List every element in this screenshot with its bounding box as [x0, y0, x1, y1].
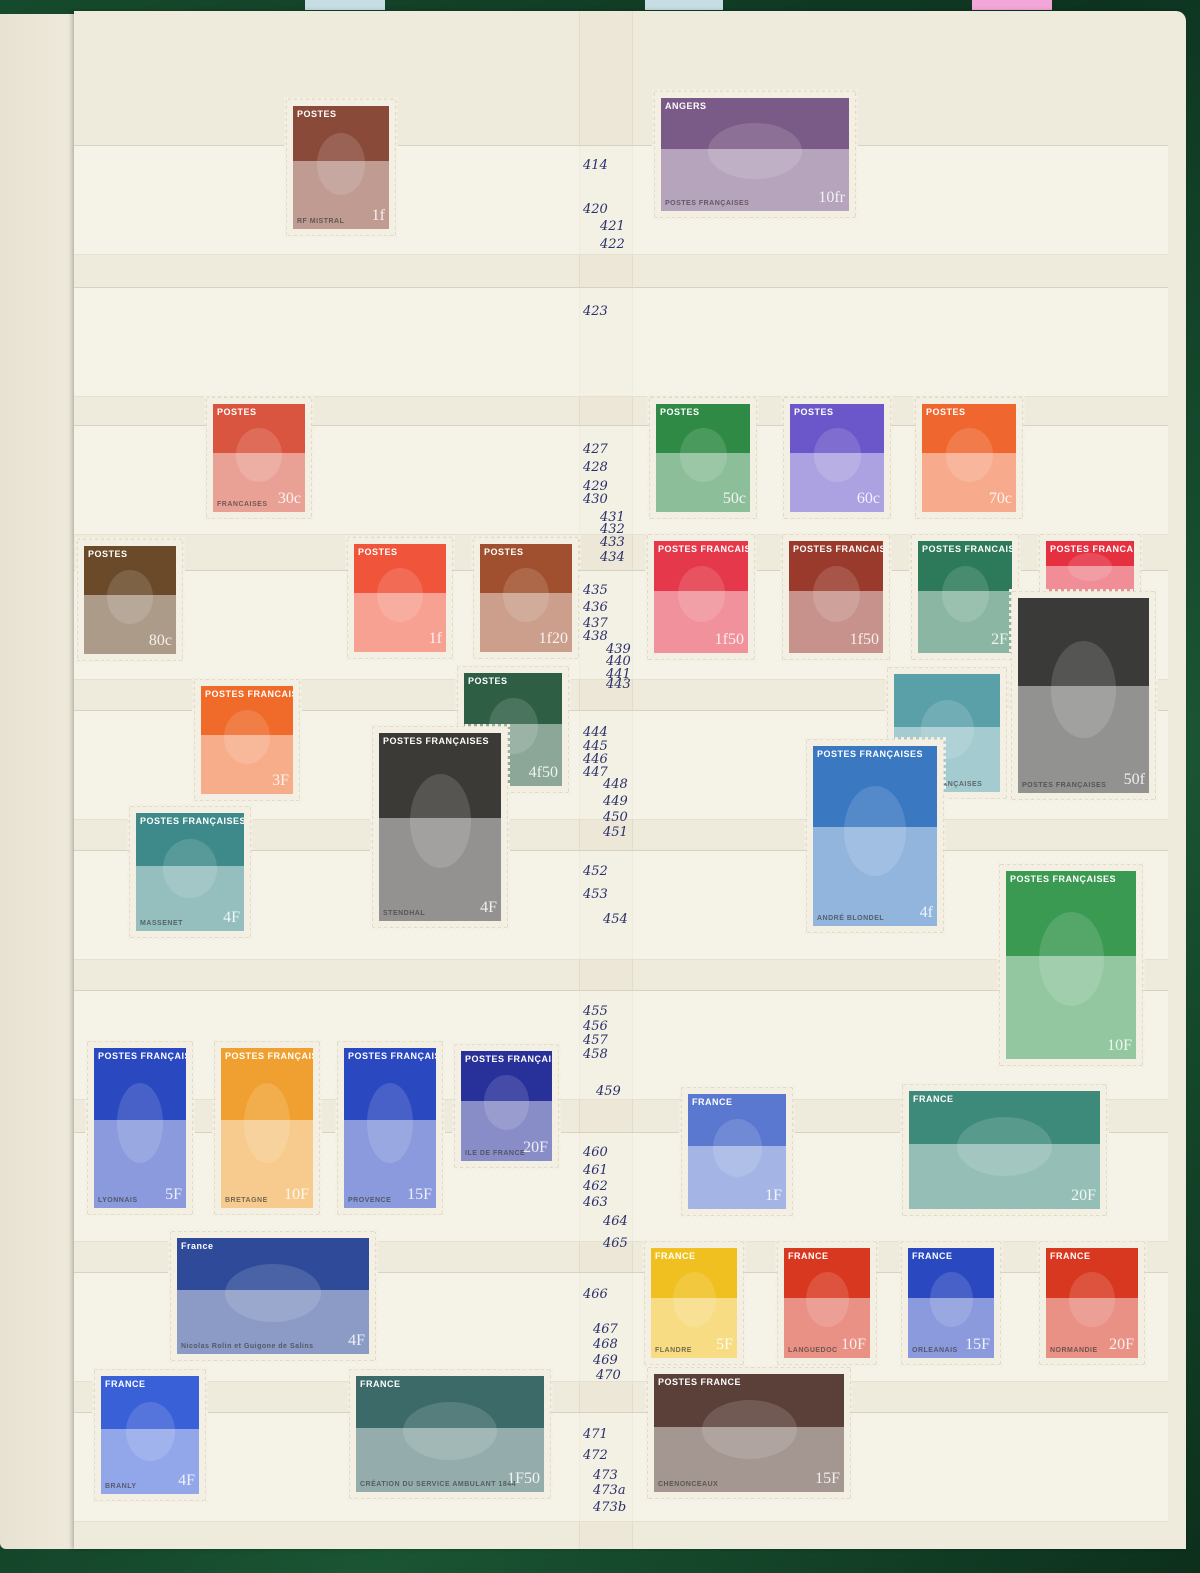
stamp-value: 20F: [1071, 1187, 1096, 1205]
stamp-petain-50c[interactable]: POSTES50c: [650, 398, 756, 518]
stamp-design: POSTES FRANÇAISES4fANDRÉ BLONDEL: [813, 746, 937, 926]
stamp-caption: LYONNAIS: [98, 1197, 138, 1204]
stamp-design: POSTES FRANÇAISES10F: [1006, 871, 1136, 1059]
stamp-top-text: POSTES FRANCAISES: [1050, 544, 1134, 554]
stamp-hospices-beaune[interactable]: France4FNicolas Rolin et Guigone de Sali…: [171, 1232, 375, 1360]
stamp-arms-languedoc[interactable]: FRANCE10FLANGUEDOC: [778, 1242, 876, 1364]
catalogue-number: 448: [603, 777, 628, 792]
stamp-design: POSTES1fRF MISTRAL: [293, 106, 389, 229]
stamp-design: POSTES FRANÇAISES5FLYONNAIS: [94, 1048, 186, 1208]
stamp-design: POSTES FRANCAISES2F: [918, 541, 1012, 653]
stamp-design: POSTES FRANCE15FCHENONCEAUX: [654, 1374, 844, 1492]
stamp-stendhal[interactable]: POSTES FRANÇAISES4FSTENDHAL: [373, 727, 507, 927]
catalogue-number: 421: [600, 219, 625, 234]
stockbook-page: 4144204214224234274284294304314324334344…: [74, 11, 1186, 1549]
catalogue-number: 467: [593, 1322, 618, 1337]
stamp-caption: BRETAGNE: [225, 1197, 268, 1204]
stamp-value: 4f50: [529, 764, 558, 782]
stamp-top-text: POSTES FRANCAISES: [922, 544, 1012, 554]
stamp-arms-bretagne[interactable]: POSTES FRANÇAISES10FBRETAGNE: [215, 1042, 319, 1214]
stamp-branly[interactable]: FRANCE4FBRANLY: [95, 1370, 205, 1500]
stamp-caption: PROVENCE: [348, 1197, 391, 1204]
catalogue-number: 454: [603, 912, 628, 927]
catalogue-number: 473b: [593, 1500, 626, 1515]
catalogue-number: 465: [603, 1236, 628, 1251]
catalogue-number: 435: [583, 583, 608, 598]
stamp-design: POSTES1f: [354, 544, 446, 652]
stamp-petain-2f[interactable]: POSTES FRANCAISES2F: [912, 535, 1018, 659]
stamp-arms-orleanais[interactable]: FRANCE15FORLEANAIS: [902, 1242, 1000, 1364]
stamp-top-text: POSTES: [660, 407, 700, 417]
stamp-value: 4F: [223, 909, 240, 927]
stamp-value: 30c: [278, 490, 301, 508]
catalogue-number: 450: [603, 810, 628, 825]
catalogue-number: 457: [583, 1033, 608, 1048]
stamp-top-text: POSTES FRANÇAISES: [225, 1051, 313, 1061]
stamp-top-text: POSTES FRANCAISES: [658, 544, 748, 554]
stamp-caption: CRÉATION DU SERVICE AMBULANT 1844: [360, 1481, 516, 1488]
stamp-value: 1f: [429, 630, 442, 648]
stamp-design: FRANCE1F: [688, 1094, 786, 1209]
stamp-value: 4F: [480, 899, 497, 917]
stamp-value: 15F: [965, 1336, 990, 1354]
stamp-caption: CHENONCEAUX: [658, 1481, 718, 1488]
stamp-top-text: FRANCE: [105, 1379, 146, 1389]
catalogue-number: 449: [603, 794, 628, 809]
stamp-chenonceaux[interactable]: POSTES FRANCE15FCHENONCEAUX: [648, 1368, 850, 1498]
catalogue-number: 471: [583, 1427, 608, 1442]
stamp-top-text: POSTES: [297, 109, 337, 119]
stamp-value: 60c: [857, 490, 880, 508]
stamp-caption: ANDRÉ BLONDEL: [817, 915, 884, 922]
stamp-value: 50c: [723, 490, 746, 508]
catalogue-number: 420: [583, 202, 608, 217]
stamp-design: FRANCE10FLANGUEDOC: [784, 1248, 870, 1358]
catalogue-number: 438: [583, 629, 608, 644]
stamp-arms-provence[interactable]: POSTES FRANÇAISES15FPROVENCE: [338, 1042, 442, 1214]
stamp-design: POSTES FRANÇAISES10FBRETAGNE: [221, 1048, 313, 1208]
stamp-top-text: POSTES: [217, 407, 257, 417]
stamp-top-text: FRANCE: [360, 1379, 401, 1389]
stamp-top-text: POSTES: [794, 407, 834, 417]
stamp-blondel[interactable]: POSTES FRANÇAISES4fANDRÉ BLONDEL: [807, 740, 943, 932]
stamp-value: 15F: [407, 1186, 432, 1204]
stamp-value: 1f50: [850, 631, 879, 649]
catalogue-number: 464: [603, 1214, 628, 1229]
stamp-caption: POSTES FRANÇAISES: [665, 200, 749, 207]
catalogue-number: 436: [583, 600, 608, 615]
glassine-strip: [74, 287, 1168, 397]
stamp-arms-flandre[interactable]: FRANCE5FFLANDRE: [645, 1242, 743, 1364]
catalogue-number: 422: [600, 237, 625, 252]
stamp-design: POSTES FRANÇAISES4FMASSENET: [136, 813, 244, 931]
stamp-design: ANGERS10frPOSTES FRANÇAISES: [661, 98, 849, 211]
stamp-petain-70c[interactable]: POSTES70c: [916, 398, 1022, 518]
stamp-design: FRANCE20F: [909, 1091, 1100, 1209]
stamp-top-text: POSTES FRANÇAISES: [98, 1051, 186, 1061]
stamp-design: POSTES FRANCAISES3F: [201, 686, 293, 794]
stamp-top-text: France: [181, 1241, 214, 1251]
stamp-design: POSTES FRANCAISES: [1046, 541, 1134, 597]
stamp-caption: NORMANDIE: [1050, 1347, 1098, 1354]
catalogue-number: 461: [583, 1163, 608, 1178]
stamp-top-text: POSTES FRANÇAISES: [348, 1051, 436, 1061]
stamp-petain-30c[interactable]: POSTES30cFRANCAISES: [207, 398, 311, 518]
stamp-value: 20F: [523, 1139, 548, 1157]
stamp-top-text: FRANCE: [655, 1251, 696, 1261]
stamp-top-text: FRANCE: [1050, 1251, 1091, 1261]
stamp-petain-80c[interactable]: POSTES80c: [78, 540, 182, 660]
stamp-caption: LANGUEDOC: [788, 1347, 838, 1354]
catalogue-number: 460: [583, 1145, 608, 1160]
stamp-design: FRANCE15FORLEANAIS: [908, 1248, 994, 1358]
stamp-top-text: POSTES FRANÇAISES: [817, 749, 923, 759]
stamp-value: 5F: [716, 1336, 733, 1354]
stamp-value: 80c: [149, 632, 172, 650]
stamp-marianne-blue[interactable]: FRANCE1F: [682, 1088, 792, 1215]
stamp-top-text: FRANCE: [912, 1251, 953, 1261]
stamp-top-text: FRANCE: [913, 1094, 954, 1104]
catalogue-number: 451: [603, 825, 628, 840]
catalogue-number: 469: [593, 1353, 618, 1368]
stamp-value: 4F: [348, 1332, 365, 1350]
stamp-value: 1f50: [715, 631, 744, 649]
stamp-design: POSTES FRANCAISES1f50: [654, 541, 748, 653]
stamp-value: 10fr: [818, 189, 845, 207]
stamp-design: POSTES FRANÇAISES20FILE DE FRANCE: [461, 1051, 552, 1161]
index-tab-light-blue-2[interactable]: [645, 0, 723, 10]
stamp-value: 1F: [765, 1187, 782, 1205]
catalogue-number: 414: [583, 158, 608, 173]
index-tab-pink[interactable]: [972, 0, 1052, 10]
stamp-ambulant[interactable]: FRANCE1F50CRÉATION DU SERVICE AMBULANT 1…: [350, 1370, 550, 1498]
stamp-top-text: POSTES FRANÇAISES: [383, 736, 489, 746]
stamp-design: POSTES30cFRANCAISES: [213, 404, 305, 512]
stamp-value: 10F: [1107, 1037, 1132, 1055]
catalogue-number: 466: [583, 1287, 608, 1302]
stamp-design: FRANCE4FBRANLY: [101, 1376, 199, 1494]
stamp-value: 15F: [815, 1470, 840, 1488]
glassine-overlay: [813, 827, 937, 926]
catalogue-number: 472: [583, 1448, 608, 1463]
stamp-arms-lyonnais[interactable]: POSTES FRANÇAISES5FLYONNAIS: [88, 1042, 192, 1214]
stamp-top-text: POSTES FRANÇAISES: [1010, 874, 1116, 884]
stamp-design: 50fPOSTES FRANÇAISES: [1018, 598, 1149, 793]
catalogue-number: 453: [583, 887, 608, 902]
stamp-design: France4FNicolas Rolin et Guigone de Sali…: [177, 1238, 369, 1354]
stamp-top-text: POSTES: [468, 676, 508, 686]
stamp-design: POSTES50c: [656, 404, 750, 512]
catalogue-number: 463: [583, 1195, 608, 1210]
stamp-caption: FLANDRE: [655, 1347, 692, 1354]
stamp-top-text: POSTES FRANÇAISES: [140, 816, 244, 826]
stamp-design: POSTES FRANCAISES1f50: [789, 541, 883, 653]
catalogue-number: 452: [583, 864, 608, 879]
catalogue-number: 456: [583, 1019, 608, 1034]
stamp-top-text: POSTES FRANCAISES: [793, 544, 883, 554]
catalogue-number: 443: [606, 677, 631, 692]
catalogue-number: 473a: [593, 1483, 626, 1498]
stamp-top-text: POSTES: [484, 547, 524, 557]
stamp-mountains[interactable]: FRANCE20F: [903, 1085, 1106, 1215]
stamp-caption: MASSENET: [140, 920, 183, 927]
catalogue-number: 434: [600, 550, 625, 565]
catalogue-number: 428: [583, 460, 608, 475]
stamp-design: POSTES60c: [790, 404, 884, 512]
stamp-caption: FRANCAISES: [217, 501, 268, 508]
stamp-value: 1f20: [539, 630, 568, 648]
catalogue-number: 473: [593, 1468, 618, 1483]
stamp-value: 3F: [272, 772, 289, 790]
stamp-value: 10F: [841, 1336, 866, 1354]
stamp-petain-1f20[interactable]: POSTES1f20: [474, 538, 578, 658]
stamp-petain-1f[interactable]: POSTES1f: [348, 538, 452, 658]
stamp-caption: Nicolas Rolin et Guigone de Salins: [181, 1343, 314, 1350]
catalogue-number: 462: [583, 1179, 608, 1194]
catalogue-number: 430: [583, 492, 608, 507]
stamp-value: 4f: [920, 904, 933, 922]
stamp-caption: ILE DE FRANCE: [465, 1150, 525, 1157]
stamp-value: 70c: [989, 490, 1012, 508]
stamp-design: POSTES70c: [922, 404, 1016, 512]
catalogue-number: 433: [600, 535, 625, 550]
stamp-design: FRANCE1F50CRÉATION DU SERVICE AMBULANT 1…: [356, 1376, 544, 1492]
stamp-caption: BRANLY: [105, 1483, 137, 1490]
stamp-top-text: FRANCE: [788, 1251, 829, 1261]
catalogue-number: 423: [583, 304, 608, 319]
stamp-caption: POSTES FRANÇAISES: [1022, 782, 1106, 789]
stamp-value: 2F: [991, 631, 1008, 649]
catalogue-number: 458: [583, 1047, 608, 1062]
stamp-value: 20F: [1109, 1336, 1134, 1354]
stamp-value: 1f: [372, 207, 385, 225]
stamp-top-text: ANGERS: [665, 101, 707, 111]
catalogue-number: 470: [596, 1368, 621, 1383]
stamp-top-text: POSTES FRANCAISES: [205, 689, 293, 699]
stamp-design: POSTES FRANÇAISES15FPROVENCE: [344, 1048, 436, 1208]
previous-page-edge: [0, 14, 80, 1549]
catalogue-number: 468: [593, 1337, 618, 1352]
stamp-petain-3f[interactable]: POSTES FRANCAISES3F: [195, 680, 299, 800]
stamp-top-text: POSTES: [926, 407, 966, 417]
catalogue-number: 444: [583, 725, 608, 740]
stamp-arras-belfry[interactable]: POSTES FRANÇAISES10F: [1000, 865, 1142, 1065]
stamp-top-text: POSTES FRANCE: [658, 1377, 741, 1387]
stamp-petain-50f[interactable]: 50fPOSTES FRANÇAISES: [1012, 592, 1155, 799]
stamp-design: FRANCE20FNORMANDIE: [1046, 1248, 1138, 1358]
stamp-petain-60c[interactable]: POSTES60c: [784, 398, 890, 518]
index-tab-light-blue-1[interactable]: [305, 0, 385, 10]
stamp-design: POSTES FRANÇAISES4FSTENDHAL: [379, 733, 501, 921]
stamp-value: 5F: [165, 1186, 182, 1204]
stamp-caption: ORLEANAIS: [912, 1347, 958, 1354]
stamp-design: POSTES80c: [84, 546, 176, 654]
stamp-massenet[interactable]: POSTES FRANÇAISES4FMASSENET: [130, 807, 250, 937]
catalogue-number: 459: [596, 1084, 621, 1099]
stamp-value: 50f: [1124, 771, 1145, 789]
stamp-top-text: POSTES: [88, 549, 128, 559]
stamp-arms-ile-de-france[interactable]: POSTES FRANÇAISES20FILE DE FRANCE: [455, 1045, 558, 1167]
stamp-caption: RF MISTRAL: [297, 218, 344, 225]
stamp-top-text: POSTES: [358, 547, 398, 557]
stamp-design: POSTES1f20: [480, 544, 572, 652]
stamp-mistral[interactable]: POSTES1fRF MISTRAL: [287, 100, 395, 235]
stamp-top-text: FRANCE: [692, 1097, 733, 1107]
stamp-top-text: POSTES FRANÇAISES: [465, 1054, 552, 1064]
stamp-value: 10F: [284, 1186, 309, 1204]
stamp-value: 4F: [178, 1472, 195, 1490]
stamp-caption: STENDHAL: [383, 910, 425, 917]
stamp-angers[interactable]: ANGERS10frPOSTES FRANÇAISES: [655, 92, 855, 217]
stamp-arms-normandie[interactable]: FRANCE20FNORMANDIE: [1040, 1242, 1144, 1364]
catalogue-number: 427: [583, 442, 608, 457]
stamp-design: FRANCE5FFLANDRE: [651, 1248, 737, 1358]
catalogue-number: 455: [583, 1004, 608, 1019]
stamp-petain-1f50-brown[interactable]: POSTES FRANCAISES1f50: [783, 535, 889, 659]
stamp-petain-1f50-red[interactable]: POSTES FRANCAISES1f50: [648, 535, 754, 659]
